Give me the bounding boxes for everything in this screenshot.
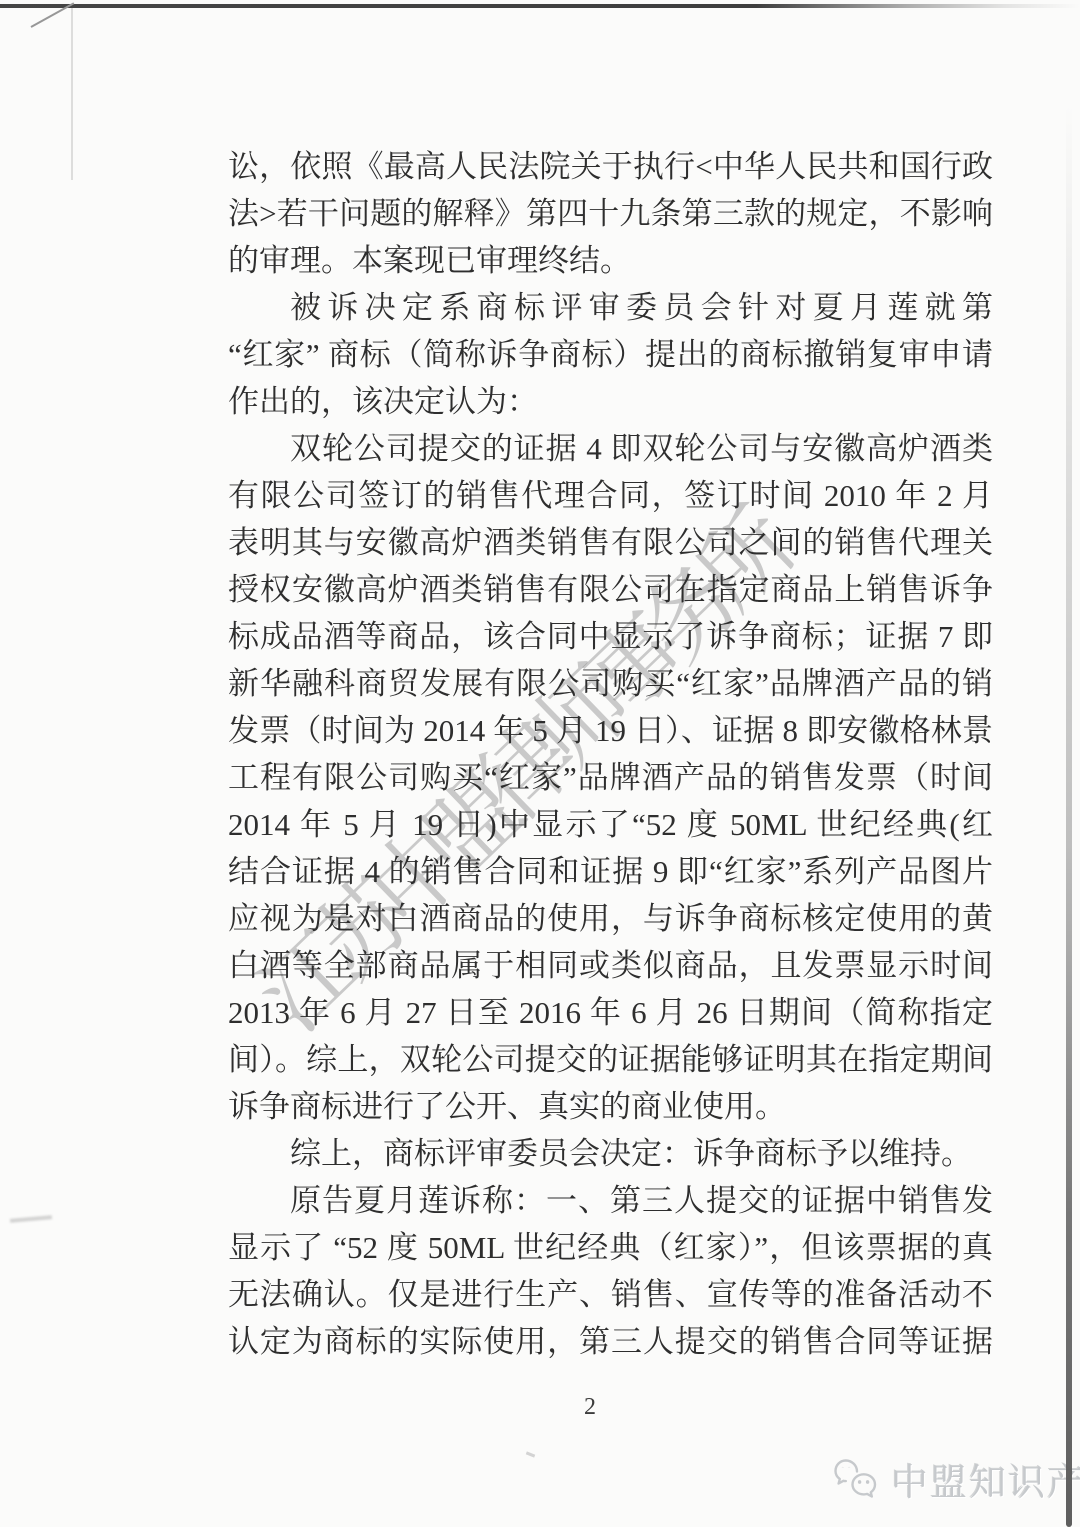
text-line: 发票（时间为 2014 年 5 月 19 日）、证据 8 即安徽格林景观	[228, 707, 993, 754]
footer-brand: 中盟知识产权	[834, 1452, 1080, 1506]
text-line: 无法确认。仅是进行生产、销售、宣传等的准备活动不应当	[228, 1271, 993, 1318]
scan-right-edge-shadow	[1066, 105, 1072, 1527]
scan-smudge	[10, 1215, 52, 1223]
scan-corner-vline	[71, 8, 73, 180]
text-line: 认定为商标的实际使用，第三人提交的销售合同等证据也不	[228, 1318, 993, 1365]
text-line: 法>若干问题的解释》第四十九条第三款的规定，不影响案件	[228, 190, 993, 237]
text-line: 讼，依照《最高人民法院关于执行<中华人民共和国行政诉讼	[228, 143, 993, 190]
text-line: 的审理。本案现已审理终结。	[228, 237, 993, 284]
text-line: 新华融科商贸发展有限公司购买“红家”品牌酒产品的销售	[228, 660, 993, 707]
footer-brand-text: 中盟知识产权	[891, 1452, 1080, 1506]
scan-speck	[526, 1451, 535, 1457]
page-number: 2	[584, 1394, 596, 1421]
text-line: 应视为是对白酒商品的使用，与诉争商标核定使用的黄酒、	[228, 895, 993, 942]
text-line: 标成品酒等商品，该合同中显示了诉争商标；证据 7 即安徽	[228, 613, 993, 660]
text-line: 综上，商标评审委员会决定：诉争商标予以维持。	[228, 1130, 993, 1177]
text-line: 作出的，该决定认为：	[228, 378, 993, 425]
scan-top-edge-line	[0, 4, 1080, 8]
text-line: 结合证据 4 的销售合同和证据 9 即“红家”系列产品图片等，	[228, 848, 993, 895]
text-line: 原告夏月莲诉称：一、第三人提交的证据中销售发票上	[228, 1177, 993, 1224]
document-text: 讼，依照《最高人民法院关于执行<中华人民共和国行政诉讼法>若干问题的解释》第四十…	[228, 143, 993, 1365]
text-line: 白酒等全部商品属于相同或类似商品，且发票显示时间在	[228, 942, 993, 989]
text-line: 工程有限公司购买“红家”品牌酒产品的销售发票（时间为	[228, 754, 993, 801]
text-line: 显示了 “52 度 50ML 世纪经典（红家）”，但该票据的真实性	[228, 1224, 993, 1271]
text-line: 表明其与安徽高炉酒类销售有限公司之间的销售代理关系，	[228, 519, 993, 566]
text-line: 2014 年 5 月 19 日)中显示了“52 度 50ML 世纪经典(红家)”…	[228, 801, 993, 848]
text-line: 诉争商标进行了公开、真实的商业使用。	[228, 1083, 993, 1130]
wechat-icon	[834, 1457, 882, 1501]
text-line: “红家” 商标（简称诉争商标）提出的商标撤销复审申请而	[228, 331, 993, 378]
text-line: 2013 年 6 月 27 日至 2016 年 6 月 26 日期间（简称指定期	[228, 989, 993, 1036]
document-page: 江苏中盟律师事务所 讼，依照《最高人民法院关于执行<中华人民共和国行政诉讼法>若…	[0, 0, 1080, 1527]
text-line: 间）。综上，双轮公司提交的证据能够证明其在指定期间内对	[228, 1036, 993, 1083]
text-line: 有限公司签订的销售代理合同，签订时间 2010 年 2 月 17 日	[228, 472, 993, 519]
text-line: 授权安徽高炉酒类销售有限公司在指定商品上销售诉争商	[228, 566, 993, 613]
text-line: 被诉决定系商标评审委员会针对夏月莲就第 4402317 号	[228, 284, 993, 331]
text-line: 双轮公司提交的证据 4 即双轮公司与安徽高炉酒类销售	[228, 425, 993, 472]
